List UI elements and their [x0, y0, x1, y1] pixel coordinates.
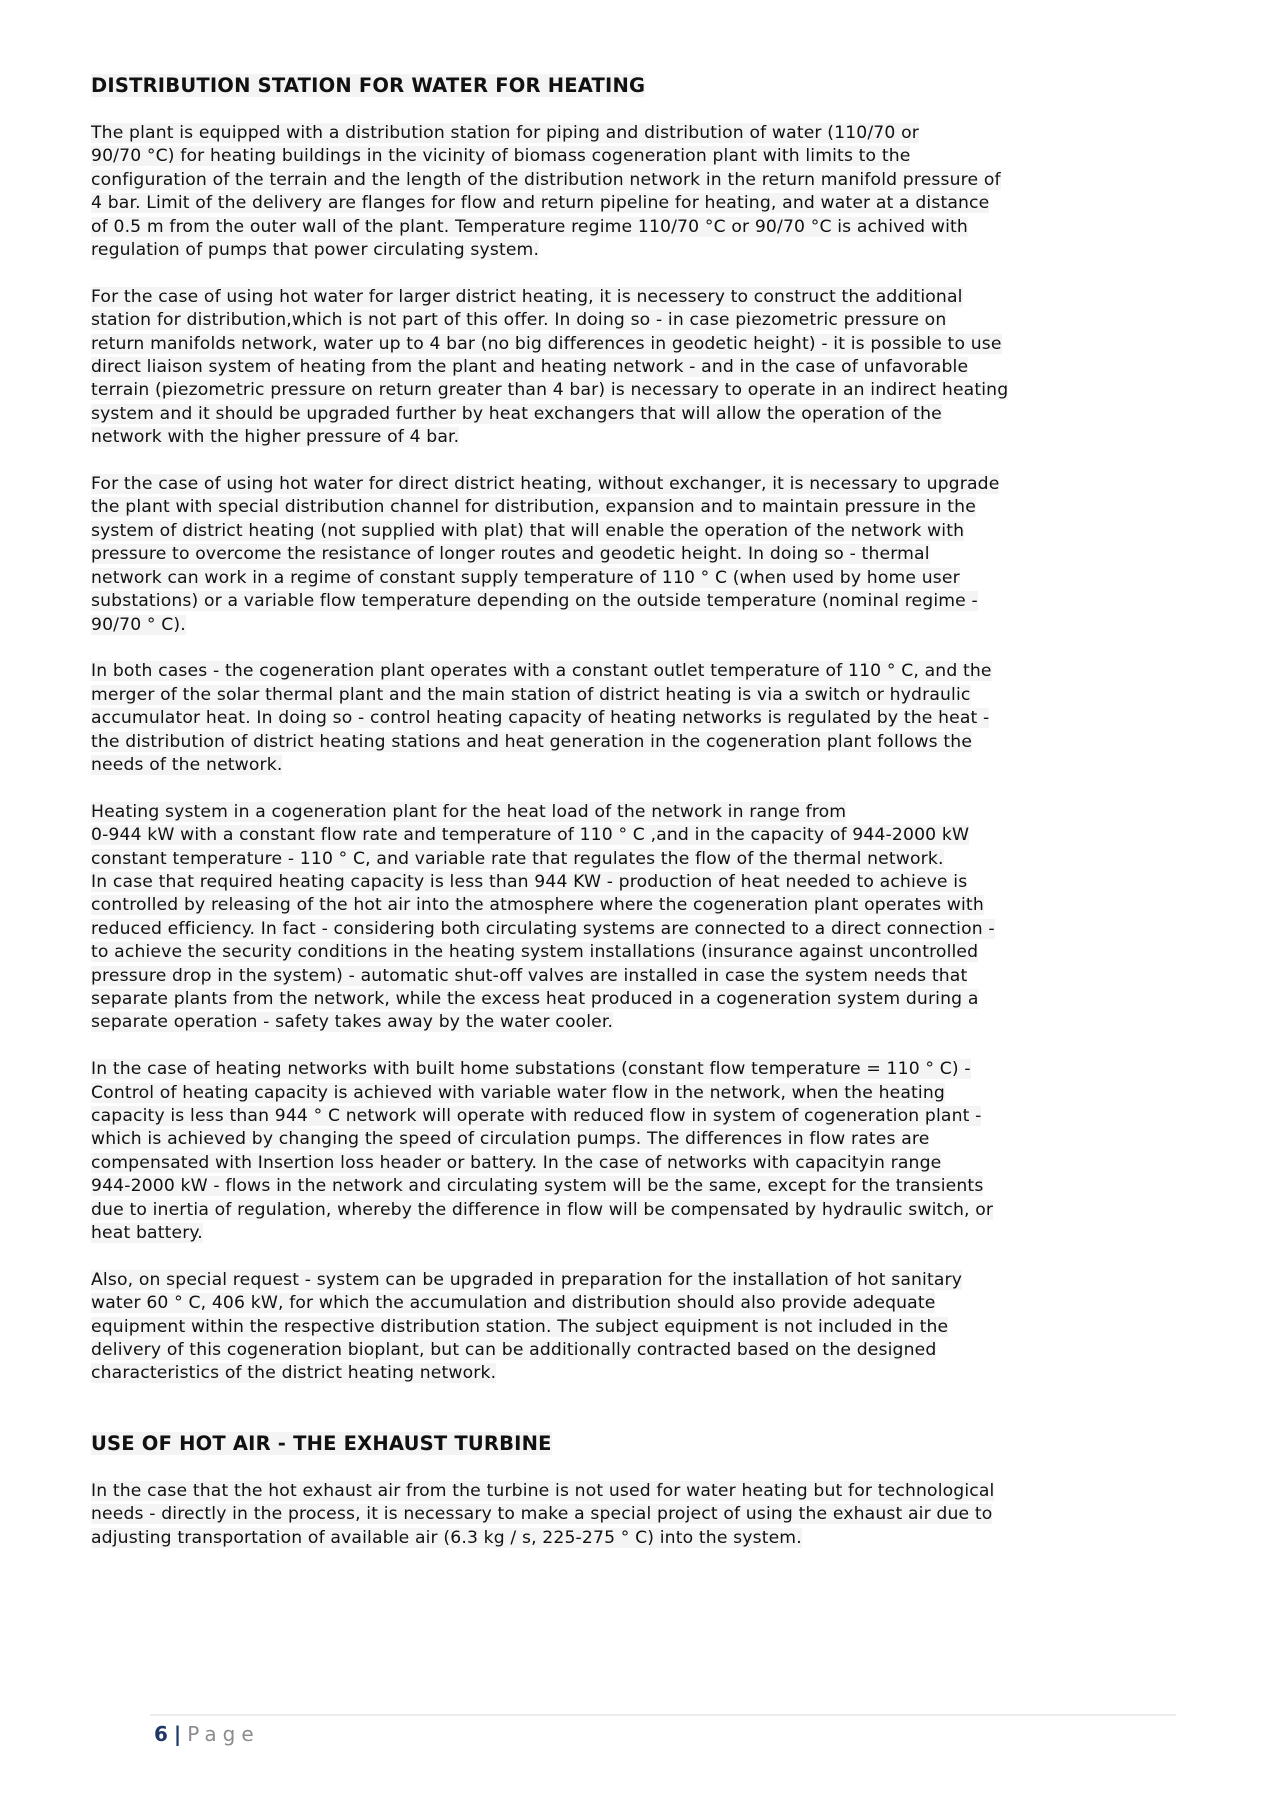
- page-word: Page: [187, 1722, 259, 1746]
- section-heading: USE OF HOT AIR - THE EXHAUST TURBINE: [91, 1432, 1191, 1456]
- section-distribution-station: DISTRIBUTION STATION FOR WATER FOR HEATI…: [91, 74, 1191, 1386]
- paragraph: In the case of heating networks with bui…: [91, 1058, 1191, 1245]
- section-hot-air-exhaust: USE OF HOT AIR - THE EXHAUST TURBINE In …: [91, 1432, 1191, 1550]
- section-heading: DISTRIBUTION STATION FOR WATER FOR HEATI…: [91, 74, 1191, 98]
- document-page: DISTRIBUTION STATION FOR WATER FOR HEATI…: [91, 74, 1191, 1573]
- footer-divider: [150, 1714, 1176, 1716]
- paragraph: In both cases - the cogeneration plant o…: [91, 660, 1191, 777]
- paragraph: In the case that the hot exhaust air fro…: [91, 1480, 1191, 1550]
- page-number: 6: [154, 1722, 168, 1746]
- page-footer: 6|Page: [150, 1714, 1176, 1748]
- paragraph: Heating system in a cogeneration plant f…: [91, 801, 1191, 1035]
- paragraph: For the case of using hot water for dire…: [91, 473, 1191, 637]
- footer-separator: |: [174, 1722, 181, 1746]
- paragraph: Also, on special request - system can be…: [91, 1269, 1191, 1386]
- paragraph: For the case of using hot water for larg…: [91, 286, 1191, 450]
- paragraph: The plant is equipped with a distributio…: [91, 122, 1191, 262]
- page-number-label: 6|Page: [154, 1720, 1176, 1748]
